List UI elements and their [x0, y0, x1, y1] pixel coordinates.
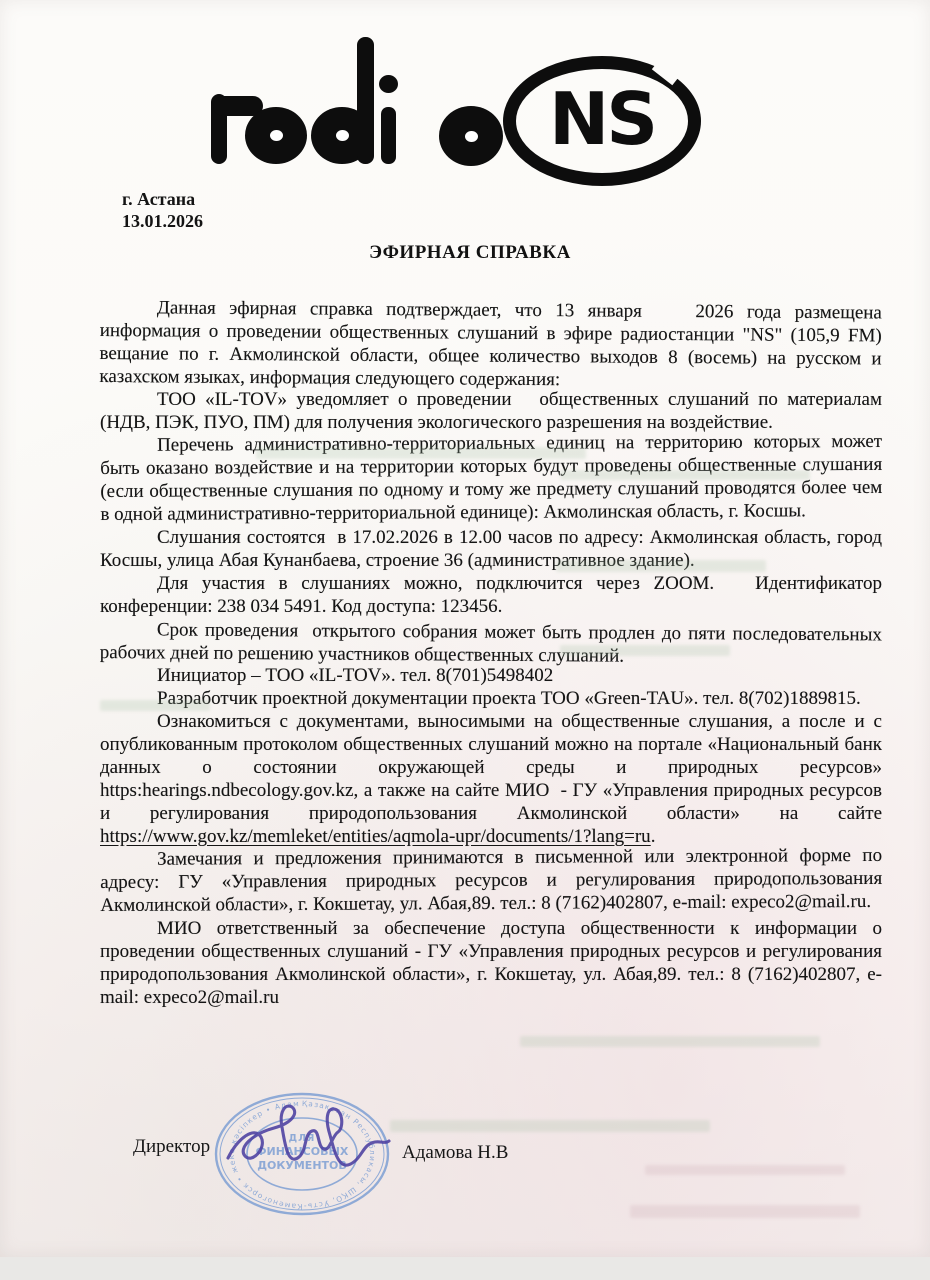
signer-name: Адамова Н.В — [402, 1142, 508, 1164]
page-title: ЭФИРНАЯ СПРАВКА — [0, 242, 930, 264]
paragraph-documents-access: Ознакомиться с документами, выносимыми н… — [100, 710, 882, 848]
logo-vinyl-disc-icon — [245, 107, 307, 164]
signer-role-label: Директор — [133, 1136, 210, 1158]
logo-ring-notch — [652, 57, 682, 86]
handwritten-signature — [222, 1098, 392, 1193]
documents-access-text: Ознакомиться с документами, выносимыми н… — [100, 711, 887, 824]
place-date-block: г. Астана 13.01.2026 — [122, 189, 203, 232]
bleedthrough-mark — [645, 1165, 845, 1175]
logo-ns-ring-icon: NS — [503, 56, 701, 186]
paragraph-territorial-units: Перечень административно-территориальных… — [100, 430, 882, 526]
paragraph-broadcast-confirmation: Данная эфирная справка подтверждает, что… — [99, 296, 882, 393]
document-date: 13.01.2026 — [122, 211, 203, 233]
paragraph-hearing-datetime: Слушания состоятся в 17.02.2026 в 12.00 … — [100, 526, 882, 572]
paragraph-feedback: Замечания и предложения принимаются в пи… — [100, 844, 882, 917]
bleedthrough-mark — [630, 1205, 860, 1218]
logo-letter-i-dot — [379, 75, 398, 93]
radio-ns-logo-icon: NS — [205, 52, 702, 186]
logo-vinyl-disc-icon — [439, 106, 503, 166]
bleedthrough-mark — [520, 1036, 820, 1047]
paragraph-responsible-authority: МИО ответственный за обеспечение доступа… — [100, 917, 882, 1009]
paragraph-duration: Срок проведения открытого собрания может… — [100, 618, 882, 669]
paragraph-hearing-notice: ТОО «IL-TOV» уведомляет о проведении общ… — [100, 388, 882, 434]
bleedthrough-mark — [390, 1120, 710, 1132]
paragraph-zoom-access: Для участия в слушаниях можно, подключит… — [100, 572, 882, 618]
logo-ns-text: NS — [549, 83, 655, 155]
logo-letter-i — [381, 107, 396, 164]
gov-kz-url: https://www.gov.kz/memleket/entities/aqm… — [100, 826, 651, 847]
scanned-broadcast-certificate: { "document": { "city": "г. Астана", "da… — [0, 0, 930, 1280]
document-city: г. Астана — [122, 189, 203, 211]
documents-access-period: . — [651, 826, 656, 847]
scan-edge-strip — [0, 1257, 930, 1280]
document-page: NS г. Астана 13.01.2026 ЭФИРНАЯ СПРАВКА … — [0, 0, 930, 1257]
document-body: Данная эфирная справка подтверждает, что… — [100, 296, 882, 1009]
logo-letter-d-stem — [357, 37, 374, 164]
paragraph-developer: Разработчик проектной документации проек… — [100, 687, 882, 710]
